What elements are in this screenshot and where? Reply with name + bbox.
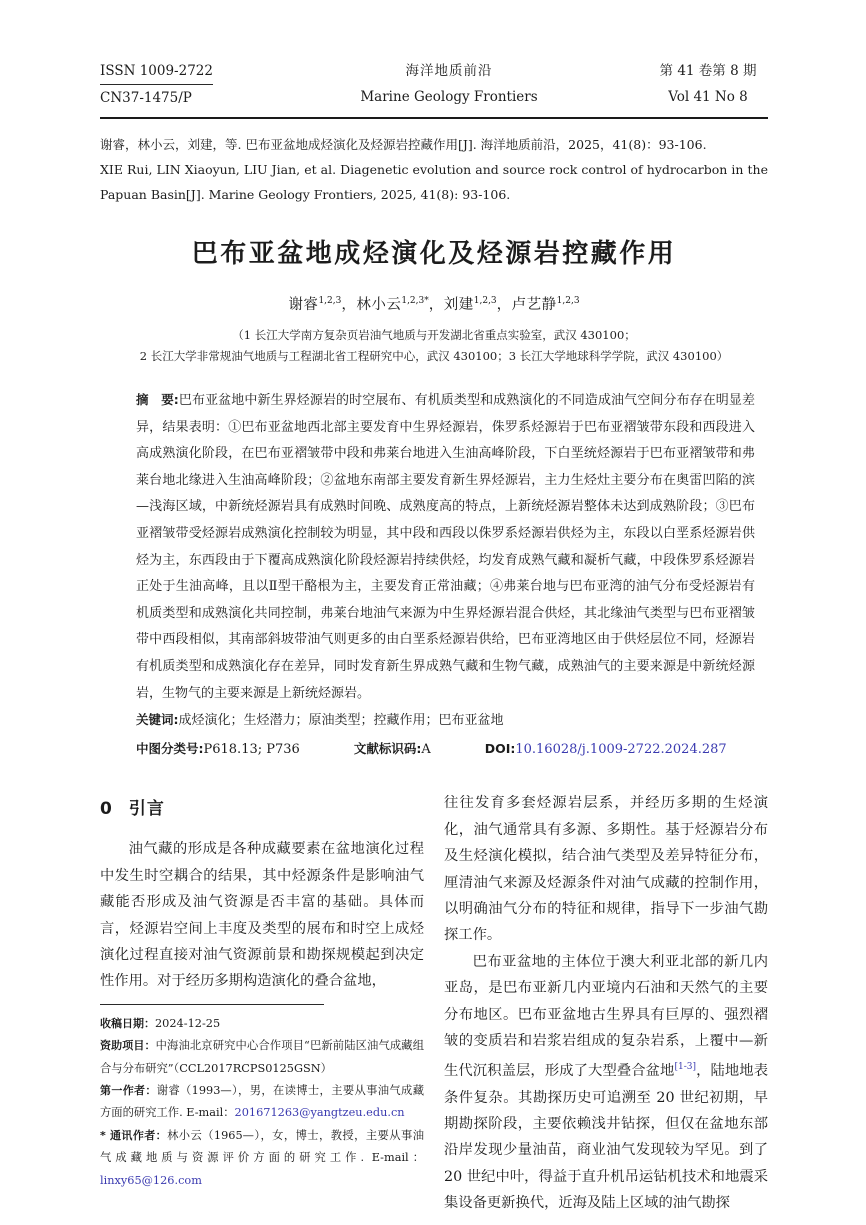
abstract-label: 摘 要: xyxy=(136,392,179,407)
volume-issue-cn: 第 41 卷第 8 期 xyxy=(648,63,768,80)
journal-title-cn: 海洋地质前沿 xyxy=(360,63,537,80)
author-separator: ， xyxy=(429,297,444,313)
footnotes: 收稿日期：2024-12-25 资助项目：中海油北京研究中心合作项目“巴新前陆区… xyxy=(100,1013,424,1192)
keywords-text: 成烃演化；生烃潜力；原油类型；控藏作用；巴布亚盆地 xyxy=(179,713,504,728)
author-line: 谢睿1,2,3，林小云1,2,3*，刘建1,2,3，卢艺静1,2,3 xyxy=(100,293,768,314)
author-superscript: 1,2,3 xyxy=(557,296,580,306)
footnote-first-author: 第一作者：谢睿（1993—），男，在读博士，主要从事油气成藏方面的研究工作. E… xyxy=(100,1080,424,1125)
author-separator: ， xyxy=(497,297,512,313)
intro-paragraph-left: 油气藏的形成是各种成藏要素在盆地演化过程中发生时空耦合的结果，其中烃源条件是影响… xyxy=(100,836,424,994)
header-divider xyxy=(100,117,768,119)
section-title: 引言 xyxy=(129,799,165,819)
author-name: 林小云 xyxy=(356,297,401,313)
footnote-received: 收稿日期：2024-12-25 xyxy=(100,1013,424,1035)
author: 卢艺静1,2,3 xyxy=(512,297,580,313)
intro-paragraph-right-1: 往往发育多套烃源岩层系，并经历多期的生烃演化，油气通常具有多源、多期性。基于烃源… xyxy=(444,790,768,948)
received-label: 收稿日期： xyxy=(100,1017,155,1030)
author-superscript: 1,2,3* xyxy=(401,296,428,306)
clc-label: 中图分类号: xyxy=(136,741,204,756)
issn-number: ISSN 1009-2722 xyxy=(100,63,213,85)
left-column: 0引言 油气藏的形成是各种成藏要素在盆地演化过程中发生时空耦合的结果，其中烃源条… xyxy=(100,790,424,1216)
funding-label: 资助项目： xyxy=(100,1039,156,1052)
classification-row: 中图分类号:P618.13; P736 文献标识码:A DOI:10.16028… xyxy=(136,736,755,764)
corresponding-email-link[interactable]: linxy65@126.com xyxy=(100,1174,202,1187)
section-number: 0 xyxy=(100,799,113,819)
doi-label: DOI: xyxy=(485,741,516,756)
cn-number: CN37-1475/P xyxy=(100,85,250,107)
affiliation-line: 2 长江大学非常规油气地质与工程湖北省工程研究中心，武汉 430100；3 长江… xyxy=(100,346,768,367)
paragraph-text: ，陆地地表条件复杂。其勘探历史可追溯至 20 世纪初期，早期勘探阶段，主要依赖浅… xyxy=(444,1063,768,1211)
author-superscript: 1,2,3 xyxy=(474,296,497,306)
abstract-paragraph: 摘 要:巴布亚盆地中新生界烃源岩的时空展布、有机质类型和成熟演化的不同造成油气空… xyxy=(136,387,755,707)
author: 谢睿1,2,3， xyxy=(288,297,356,313)
abstract-block: 摘 要:巴布亚盆地中新生界烃源岩的时空展布、有机质类型和成熟演化的不同造成油气空… xyxy=(136,387,755,763)
volume-issue-en: Vol 41 No 8 xyxy=(648,80,768,106)
first-author-email-link[interactable]: 201671263@yangtzeu.edu.cn xyxy=(235,1106,405,1119)
paragraph-text: 巴布亚盆地的主体位于澳大利亚北部的新几内亚岛，是巴布亚新几内亚境内石油和天然气的… xyxy=(444,954,768,1079)
author-name: 卢艺静 xyxy=(512,297,557,313)
corresponding-label: * 通讯作者： xyxy=(100,1129,167,1142)
keywords-label: 关键词: xyxy=(136,712,179,727)
article-title: 巴布亚盆地成烃演化及烃源岩控藏作用 xyxy=(100,237,768,271)
citation-cn: 谢睿，林小云，刘建，等. 巴布亚盆地成烃演化及烃源岩控藏作用[J]. 海洋地质前… xyxy=(100,132,768,157)
author-name: 刘建 xyxy=(444,297,474,313)
section-heading-intro: 0引言 xyxy=(100,794,424,819)
two-column-body: 0引言 油气藏的形成是各种成藏要素在盆地演化过程中发生时空耦合的结果，其中烃源条… xyxy=(100,790,768,1216)
doc-code-value: A xyxy=(421,742,430,757)
keywords-line: 关键词:成烃演化；生烃潜力；原油类型；控藏作用；巴布亚盆地 xyxy=(136,707,755,735)
clc-value: P618.13; P736 xyxy=(204,742,300,757)
citation-en: XIE Rui, LIN Xiaoyun, LIU Jian, et al. D… xyxy=(100,157,768,207)
author-name: 谢睿 xyxy=(288,297,318,313)
right-column: 往往发育多套烃源岩层系，并经历多期的生烃演化，油气通常具有多源、多期性。基于烃源… xyxy=(444,790,768,1216)
journal-header: ISSN 1009-2722 CN37-1475/P 海洋地质前沿 Marine… xyxy=(100,63,768,107)
intro-paragraph-right-2: 巴布亚盆地的主体位于澳大利亚北部的新几内亚岛，是巴布亚新几内亚境内石油和天然气的… xyxy=(444,949,768,1217)
author: 刘建1,2,3， xyxy=(444,297,512,313)
abstract-text: 巴布亚盆地中新生界烃源岩的时空展布、有机质类型和成熟演化的不同造成油气空间分布存… xyxy=(136,393,755,701)
paper-page: ISSN 1009-2722 CN37-1475/P 海洋地质前沿 Marine… xyxy=(0,0,866,1225)
clc-item: 中图分类号:P618.13; P736 xyxy=(136,736,300,764)
doi-item: DOI:10.16028/j.1009-2722.2024.287 xyxy=(485,736,727,764)
doc-code-item: 文献标识码:A xyxy=(354,736,431,764)
footnote-funding: 资助项目：中海油北京研究中心合作项目“巴新前陆区油气成藏组合与分布研究”（CCL… xyxy=(100,1035,424,1080)
author-superscript: 1,2,3 xyxy=(318,296,341,306)
volume-issue-block: 第 41 卷第 8 期 Vol 41 No 8 xyxy=(648,63,768,106)
author: 林小云1,2,3*， xyxy=(356,297,443,313)
author-separator: ， xyxy=(341,297,356,313)
doc-code-label: 文献标识码: xyxy=(354,741,422,756)
first-author-label: 第一作者： xyxy=(100,1084,157,1097)
received-date: 2024-12-25 xyxy=(155,1017,220,1030)
journal-title-en: Marine Geology Frontiers xyxy=(360,80,537,106)
footnote-corresponding: * 通讯作者：林小云（1965—），女，博士，教授，主要从事油气成藏地质与资源评… xyxy=(100,1125,424,1192)
footnote-divider xyxy=(100,1004,324,1005)
doi-link[interactable]: 10.16028/j.1009-2722.2024.287 xyxy=(515,742,726,757)
reference-citation-link[interactable]: [1-3] xyxy=(674,1062,696,1072)
affiliation-line: （1 长江大学南方复杂页岩油气地质与开发湖北省重点实验室，武汉 430100； xyxy=(100,325,768,346)
affiliations: （1 长江大学南方复杂页岩油气地质与开发湖北省重点实验室，武汉 430100； … xyxy=(100,325,768,367)
citation-block: 谢睿，林小云，刘建，等. 巴布亚盆地成烃演化及烃源岩控藏作用[J]. 海洋地质前… xyxy=(100,132,768,207)
journal-header-left: ISSN 1009-2722 CN37-1475/P xyxy=(100,63,250,107)
journal-title-block: 海洋地质前沿 Marine Geology Frontiers xyxy=(360,63,537,106)
